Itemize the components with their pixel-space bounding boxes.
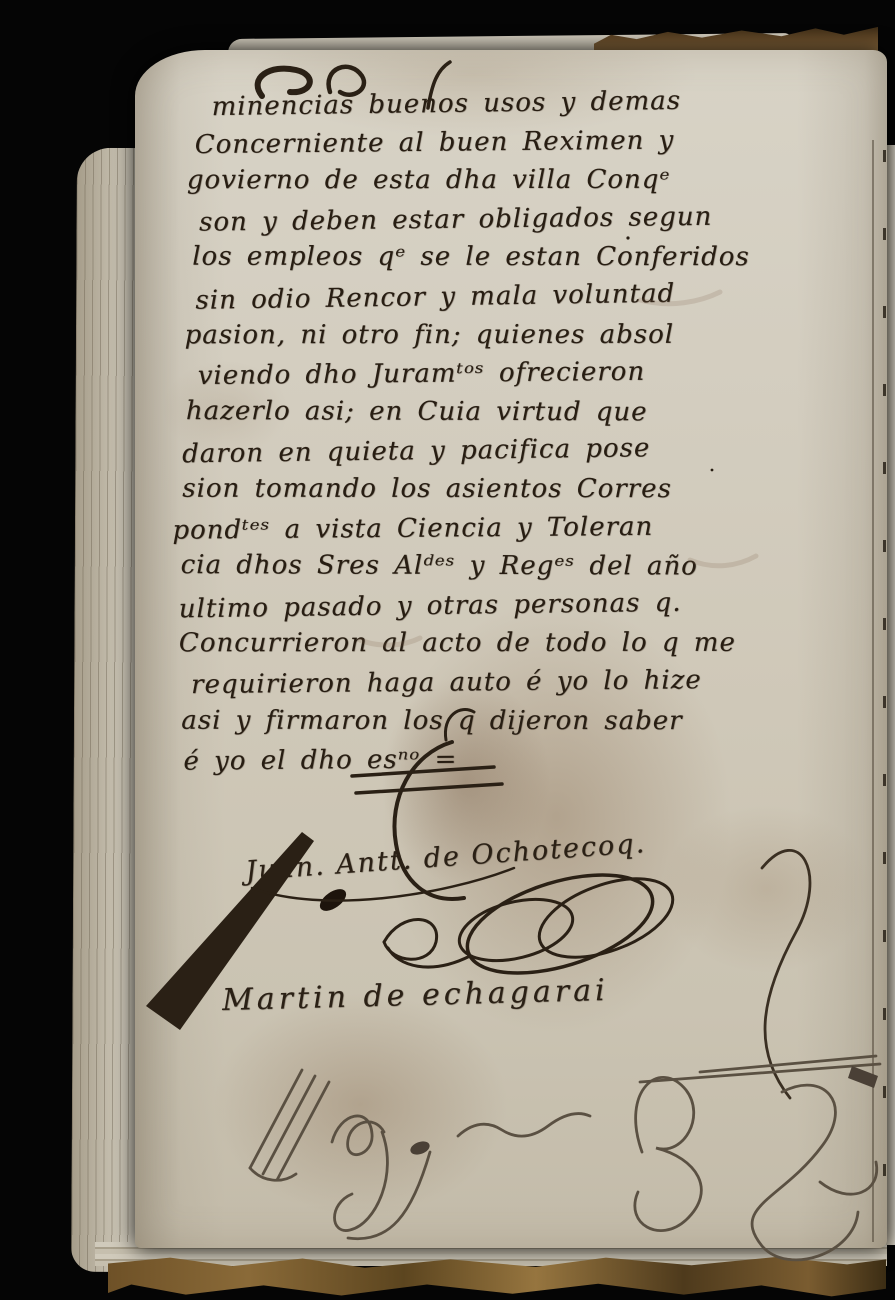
manuscript-line: hazerlo asi; en Cuia virtud que [186,392,848,432]
manuscript-line: cia dhos Sres Alᵈᵉˢ y Regᵉˢ del año [181,546,849,586]
manuscript-line: é yo el dho esⁿᵒ = [183,737,849,781]
manuscript-line: govierno de esta dha villa Conqᵉ [187,161,847,200]
manuscript-line: minencias buenos usos y demas [211,80,846,127]
manuscript-line: son y deben estar obligados segun [199,196,847,242]
manuscript-line: los empleos qᵉ se le estan Conferidos [192,238,847,277]
manuscript-line: sin odio Rencor y mala voluntad [195,272,848,320]
binding-crease [872,140,874,1242]
adjacent-page-sliver [886,145,895,1245]
manuscript-line: ultimo pasado y otras personas q. [179,581,849,628]
manuscript-line: Concerniente al buen Reximen y [195,119,847,164]
manuscript-line: requirieron haga auto é yo lo hize [191,660,849,705]
manuscript-line: Concurrieron al acto de todo lo q me [179,624,849,663]
manuscript-line: pondᵗᵉˢ a vista Ciencia y Toleran [172,506,848,550]
manuscript-line: daron en quieta y pacifica pose [182,427,848,474]
manuscript-line: sion tomando los asientos Corres [182,470,848,509]
binding-stitches [883,150,886,1235]
manuscript-line: viendo dho Juramᵗᵒˢ ofrecieron [198,351,848,396]
manuscript-line: asi y firmaron los q dijeron saber [181,701,849,740]
photographed-manuscript-scene: minencias buenos usos y demas Concernien… [0,0,895,1300]
manuscript-text-block: minencias buenos usos y demas Concernien… [178,83,849,781]
manuscript-line: pasion, ni otro fin; quienes absol [185,315,848,354]
